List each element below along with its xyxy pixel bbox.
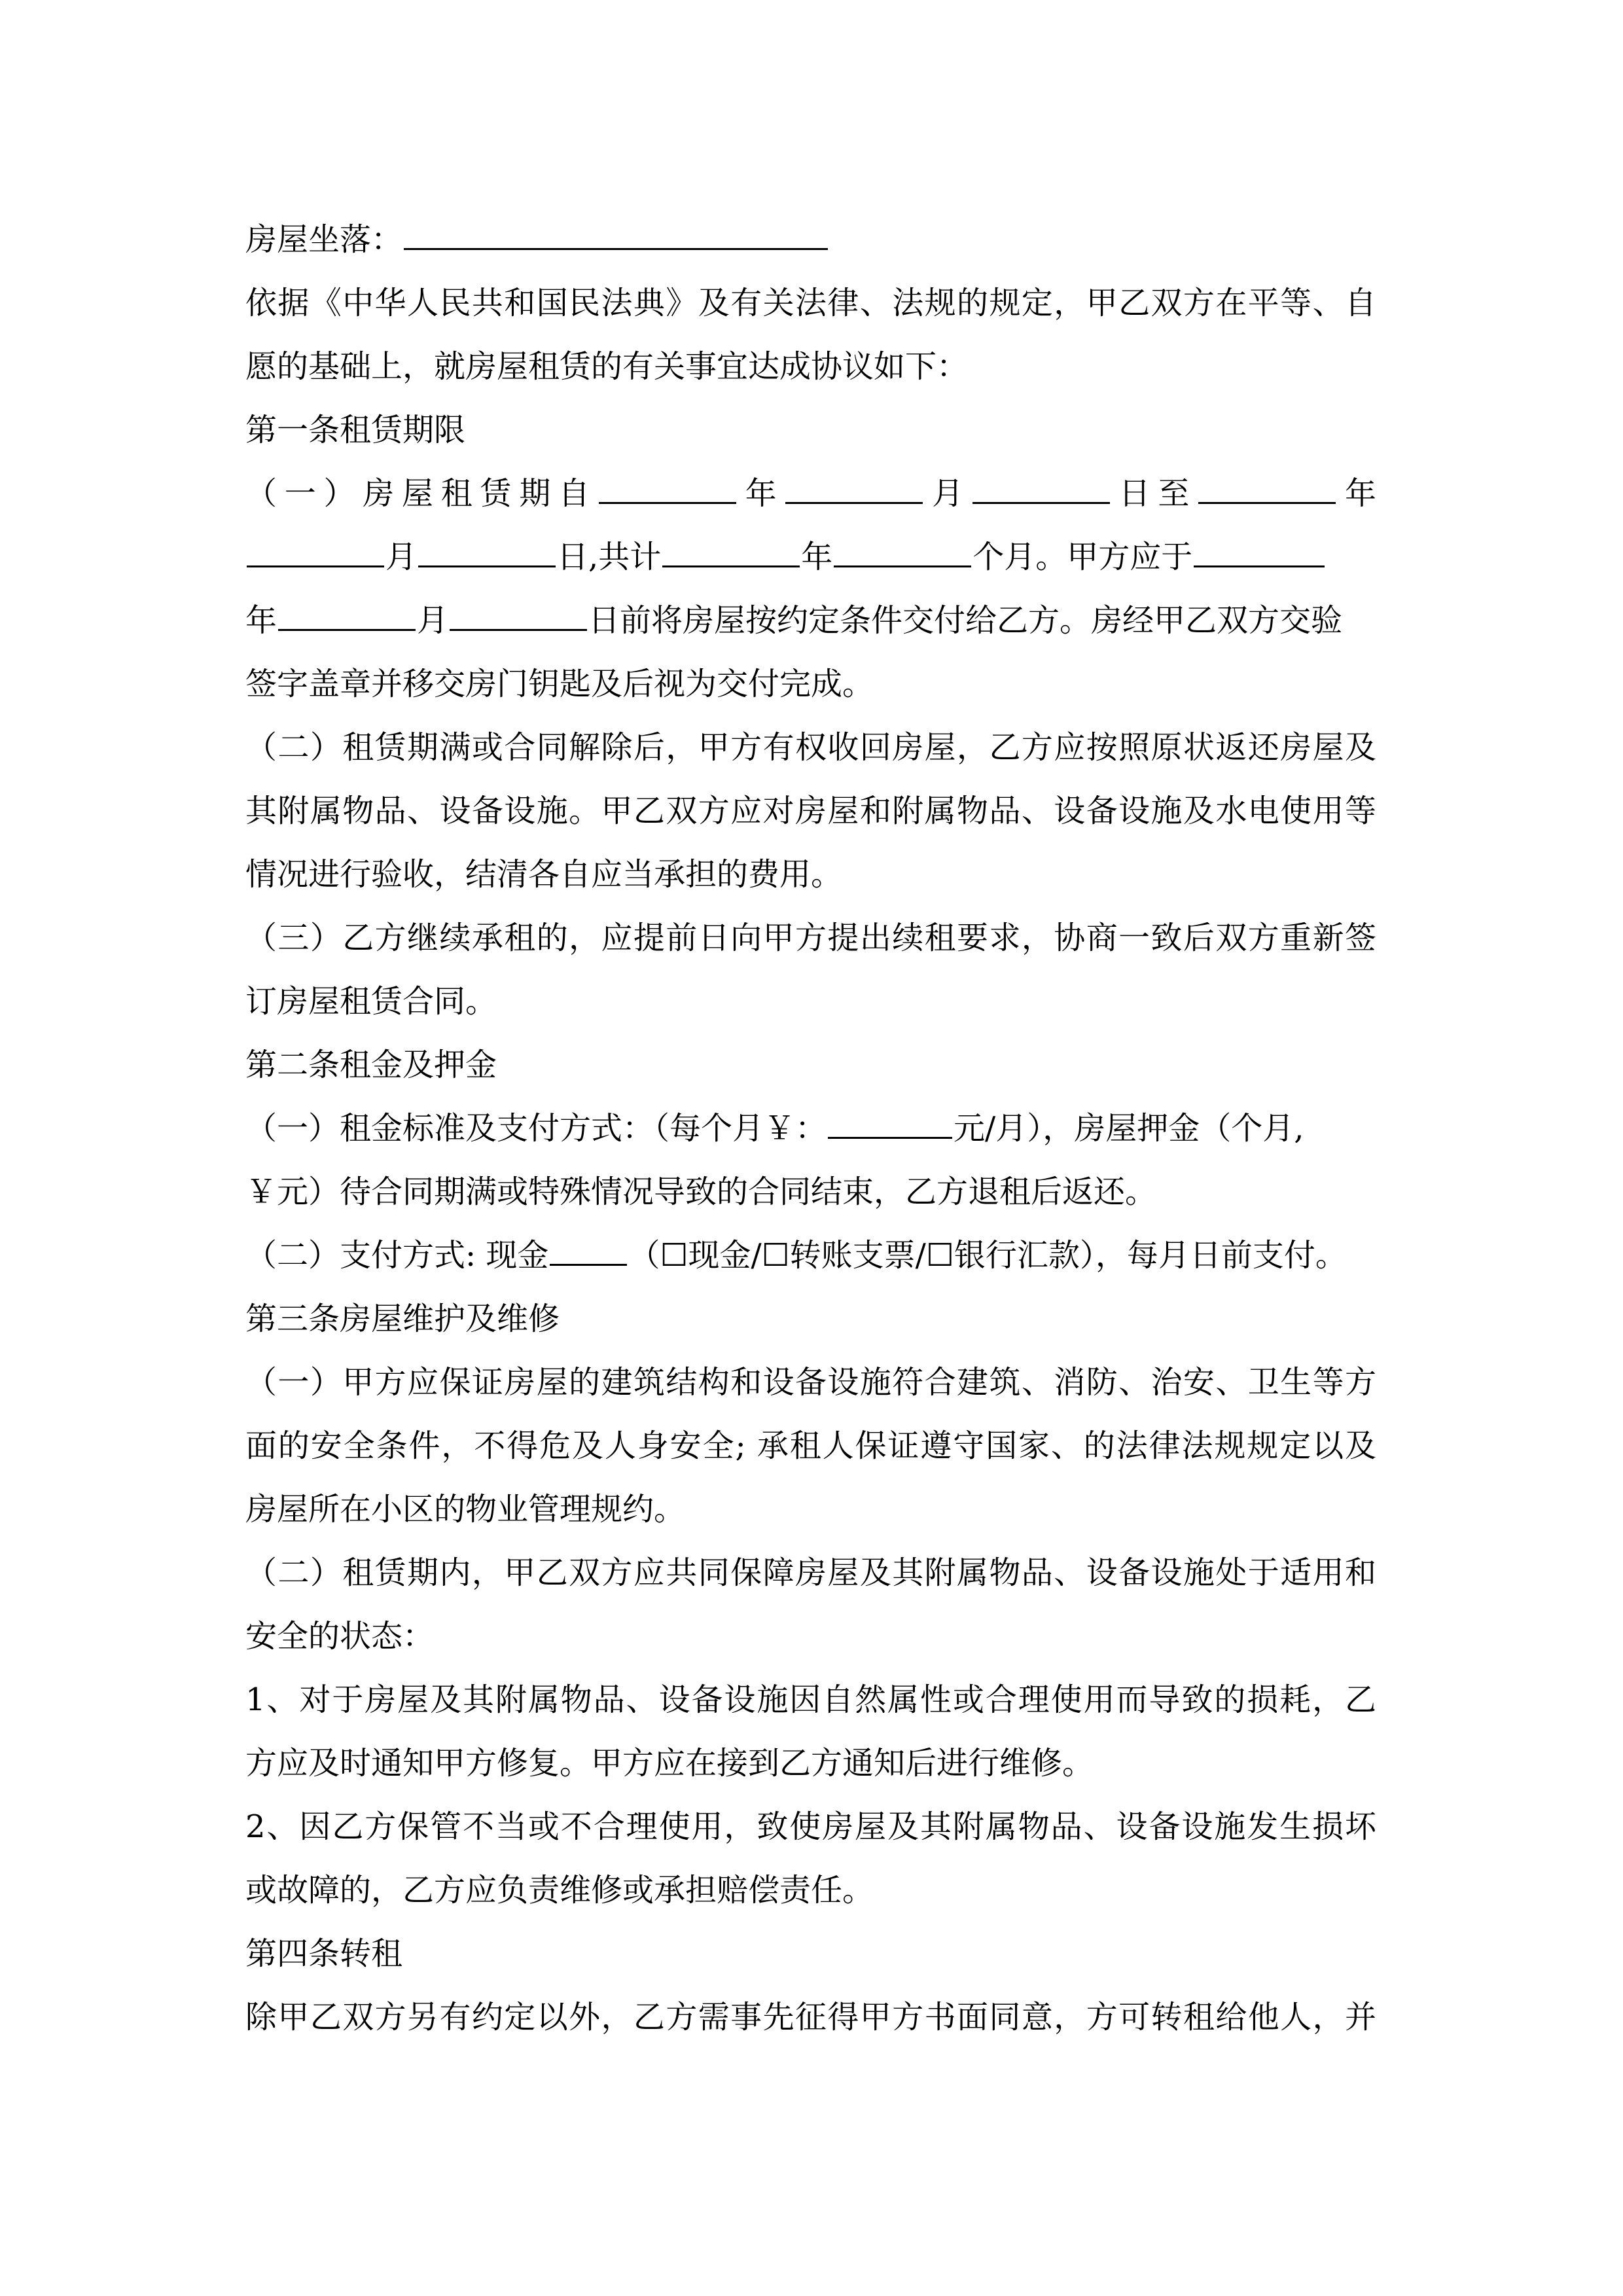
location-blank[interactable] [404,222,828,250]
article-1-clause-1-line-2: 月日,共计年个月。甲方应于 [245,526,1376,589]
location-label: 房屋坐落： [245,221,402,258]
text-segment: 月 [924,475,971,512]
article-3-clause-1-line-3: 房屋所在小区的物业管理规约。 [245,1478,1376,1541]
text-segment: 月 [385,539,417,575]
delivery-day-blank[interactable] [450,603,587,631]
text-segment: 个月。甲方应于 [972,539,1192,575]
article-3-item-2-line-2: 或故障的，乙方应负责维修或承担赔偿责任。 [245,1859,1376,1922]
article-4-body-line-1: 除甲乙双方另有约定以外，乙方需事先征得甲方书面同意，方可转租给他人，并 [245,1986,1376,2049]
text-segment: 年 [1337,475,1376,512]
article-4-title: 第四条转租 [245,1922,1376,1986]
text-segment: 月 [417,602,448,639]
text-segment: （一）房屋租赁期自 [245,475,597,512]
article-1-clause-3-line-1: （三）乙方继续承租的，应提前日向甲方提出续租要求，协商一致后双方重新签 [245,906,1376,970]
article-3-clause-1-line-2: 面的安全条件，不得危及人身安全; 承租人保证遵守国家、的法律法规规定以及 [245,1414,1376,1478]
start-month-blank[interactable] [785,476,923,504]
article-2-clause-2: （二）支付方式: 现金（☐现金/☐转账支票/☐银行汇款），每月日前支付。 [245,1224,1376,1287]
article-2-title: 第二条租金及押金 [245,1033,1376,1097]
intro-line-2: 愿的基础上，就房屋租赁的有关事宜达成协议如下： [245,335,1376,399]
article-1-clause-2-line-2: 其附属物品、设备设施。甲乙双方应对房屋和附属物品、设备设施及水电使用等 [245,780,1376,843]
article-3-item-2-line-1: 2、因乙方保管不当或不合理使用，致使房屋及其附属物品、设备设施发生损坏 [245,1795,1376,1859]
text-segment: 年 [801,539,832,575]
article-1-clause-1-line-4: 签字盖章并移交房门钥匙及后视为交付完成。 [245,653,1376,716]
monthly-rent-blank[interactable] [828,1111,952,1139]
end-day-blank[interactable] [418,539,556,567]
payment-method-blank[interactable] [550,1238,627,1266]
text-segment: 日至 [1111,475,1197,512]
article-1-clause-1-line-1: （一）房屋租赁期自年月日至年 [245,462,1376,526]
total-months-blank[interactable] [834,539,971,567]
start-year-blank[interactable] [599,476,736,504]
article-1-clause-3-line-2: 订房屋租赁合同。 [245,970,1376,1033]
text-segment: 日,共计 [557,539,661,575]
location-line: 房屋坐落： [245,208,1376,272]
text-segment: 年 [738,475,785,512]
article-3-item-1-line-2: 方应及时通知甲方修复。甲方应在接到乙方通知后进行维修。 [245,1732,1376,1795]
text-segment: 元/月），房屋押金（个月, [954,1110,1304,1147]
delivery-year-blank[interactable] [1194,539,1325,567]
article-2-clause-1-line-1: （一）租金标准及支付方式：（每个月￥：元/月），房屋押金（个月, [245,1097,1376,1160]
article-1-clause-2-line-1: （二）租赁期满或合同解除后，甲方有权收回房屋，乙方应按照原状返还房屋及 [245,716,1376,780]
text-segment: （二）支付方式: 现金 [245,1237,548,1274]
end-year-blank[interactable] [1198,476,1336,504]
article-3-clause-2-line-1: （二）租赁期内，甲乙双方应共同保障房屋及其附属物品、设备设施处于适用和 [245,1541,1376,1605]
text-segment: （一）租金标准及支付方式：（每个月￥： [245,1110,827,1147]
article-3-clause-2-line-2: 安全的状态： [245,1605,1376,1668]
intro-line-1: 依据《中华人民共和国民法典》及有关法律、法规的规定，甲乙双方在平等、自 [245,272,1376,335]
text-segment: 年 [245,602,277,639]
end-month-blank[interactable] [247,539,384,567]
total-years-blank[interactable] [662,539,800,567]
article-3-title: 第三条房屋维护及维修 [245,1287,1376,1351]
start-day-blank[interactable] [972,476,1110,504]
article-1-title: 第一条租赁期限 [245,399,1376,462]
article-3-item-1-line-1: 1、对于房屋及其附属物品、设备设施因自然属性或合理使用而导致的损耗，乙 [245,1668,1376,1732]
article-1-clause-2-line-3: 情况进行验收，结清各自应当承担的费用。 [245,843,1376,906]
article-3-clause-1-line-1: （一）甲方应保证房屋的建筑结构和设备设施符合建筑、消防、治安、卫生等方 [245,1351,1376,1414]
delivery-month-blank[interactable] [278,603,416,631]
article-1-clause-1-line-3: 年月日前将房屋按约定条件交付给乙方。房经甲乙双方交验 [245,589,1376,653]
contract-page: 房屋坐落： 依据《中华人民共和国民法典》及有关法律、法规的规定，甲乙双方在平等、… [245,208,1376,2049]
text-segment: 日前将房屋按约定条件交付给乙方。房经甲乙双方交验 [588,602,1342,639]
text-segment: （☐现金/☐转账支票/☐银行汇款），每月日前支付。 [628,1237,1346,1274]
article-2-clause-1-line-2: ￥元）待合同期满或特殊情况导致的合同结束，乙方退租后返还。 [245,1160,1376,1224]
